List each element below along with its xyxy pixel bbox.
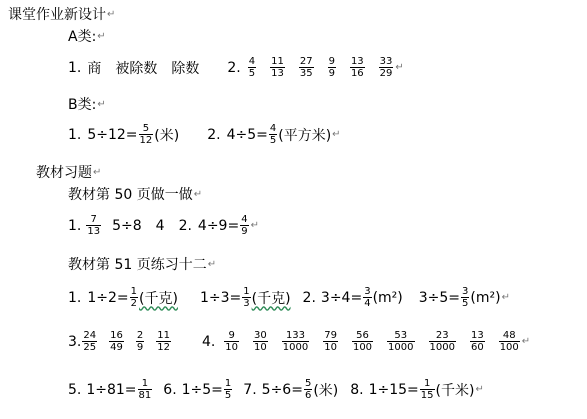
fraction: 15 (224, 378, 232, 401)
paragraph-mark-icon: ↵ (502, 292, 510, 303)
page50-title-line: 教材第 50 页做一做 ↵ (68, 184, 202, 204)
fraction: 231000 (429, 330, 456, 353)
question-number: 2. (303, 290, 316, 306)
fraction: 181 (138, 378, 153, 401)
doc-title: 课堂作业新设计 (8, 4, 106, 24)
fraction: 531000 (387, 330, 414, 353)
fraction: 56100 (352, 330, 373, 353)
expression: 4÷9= (198, 218, 239, 234)
fraction: 45 (248, 56, 256, 79)
fraction: 45 (269, 123, 277, 146)
expression: 5÷6= (262, 382, 303, 398)
expression: 1÷2= (87, 290, 128, 306)
fraction: 48100 (499, 330, 520, 353)
unit: (千克) (139, 288, 178, 308)
fraction: 512 (139, 123, 154, 146)
textbook-heading-line: 教材习题 ↵ (36, 162, 101, 182)
answer-text: 4 (156, 218, 165, 234)
paragraph-mark-icon: ↵ (522, 336, 530, 347)
question-number: 2. (207, 127, 220, 143)
section-a-label: A类: (68, 26, 96, 46)
fraction: 2425 (82, 330, 97, 353)
question-number: 5. (68, 382, 81, 398)
answer-text: 被除数 (115, 58, 157, 78)
paragraph-mark-icon: ↵ (194, 189, 202, 200)
fraction: 12 (130, 286, 138, 309)
expression: 1÷81= (86, 382, 136, 398)
expression: 3÷4= (321, 290, 362, 306)
page51-row2: 3. 2425 1649 29 1112 4. 910 3010 1331000… (68, 330, 530, 353)
expression: 3÷5= (419, 290, 460, 306)
page51-title-line: 教材第 51 页练习十二 ↵ (68, 254, 216, 274)
question-number: 8. (350, 382, 363, 398)
expression: 5÷12= (87, 127, 137, 143)
fraction: 99 (328, 56, 336, 79)
paragraph-mark-icon: ↵ (251, 220, 259, 231)
question-number: 1. (68, 290, 81, 306)
question-number: 1. (68, 218, 81, 234)
paragraph-mark-icon: ↵ (107, 9, 115, 20)
textbook-heading: 教材习题 (36, 162, 92, 182)
fraction: 7910 (323, 330, 338, 353)
unit: (千米) (436, 380, 475, 400)
fraction: 115 (420, 378, 435, 401)
question-number: 1. (68, 127, 81, 143)
paragraph-mark-icon: ↵ (395, 62, 403, 73)
unit: (平方米) (278, 125, 331, 145)
page50-title: 教材第 50 页做一做 (68, 184, 193, 204)
unit: (米) (154, 125, 179, 145)
fraction: 35 (461, 286, 469, 309)
unit: (千克) (252, 288, 291, 308)
fraction: 1112 (156, 330, 171, 353)
page51-row3: 5. 1÷81= 181 6. 1÷5= 15 7. 5÷6= 56 (米) 8… (68, 378, 484, 401)
fraction: 3010 (253, 330, 268, 353)
question-number: 4. (202, 334, 215, 350)
fraction: 1331000 (282, 330, 309, 353)
paragraph-mark-icon: ↵ (97, 31, 105, 42)
unit: (m²) (470, 290, 500, 306)
answer-text: 商 (87, 58, 101, 78)
doc-title-line: 课堂作业新设计 ↵ (8, 4, 115, 24)
expression: 1÷5= (182, 382, 223, 398)
expression: 5÷8 (112, 218, 142, 234)
fraction: 29 (136, 330, 144, 353)
page50-answers: 1. 713 5÷8 4 2. 4÷9= 49 ↵ (68, 214, 259, 237)
fraction: 2735 (299, 56, 314, 79)
paragraph-mark-icon: ↵ (97, 99, 105, 110)
paragraph-mark-icon: ↵ (332, 129, 340, 140)
paragraph-mark-icon: ↵ (475, 384, 483, 395)
unit: (m²) (373, 290, 403, 306)
fraction: 34 (363, 286, 371, 309)
expression: 1÷3= (200, 290, 241, 306)
expression: 4÷5= (227, 127, 268, 143)
page51-title: 教材第 51 页练习十二 (68, 254, 207, 274)
section-a-label-line: A类: ↵ (68, 26, 106, 46)
section-b-answers: 1. 5÷12= 512 (米) 2. 4÷5= 45 (平方米) ↵ (68, 123, 341, 146)
page51-row1: 1. 1÷2= 12 (千克) 1÷3= 13 (千克) 2. 3÷4= 34 … (68, 286, 510, 309)
paragraph-mark-icon: ↵ (208, 259, 216, 270)
question-number: 6. (163, 382, 176, 398)
fraction: 13 (242, 286, 250, 309)
question-number: 2. (179, 218, 192, 234)
expression: 1÷15= (369, 382, 419, 398)
unit: (米) (313, 380, 338, 400)
fraction: 1316 (350, 56, 365, 79)
answer-text: 除数 (171, 58, 199, 78)
paragraph-mark-icon: ↵ (93, 167, 101, 178)
fraction: 1113 (270, 56, 285, 79)
fraction: 3329 (379, 56, 394, 79)
section-b-label-line: B类: ↵ (68, 94, 106, 114)
fraction: 49 (240, 214, 248, 237)
question-number: 3. (68, 334, 81, 350)
fraction: 1649 (109, 330, 124, 353)
section-a-answers: 1. 商 被除数 除数 2. 45 1113 2735 99 1316 3329… (68, 56, 404, 79)
question-number: 2. (227, 60, 240, 76)
section-b-label: B类: (68, 94, 96, 114)
fraction: 910 (224, 330, 239, 353)
fraction: 56 (304, 378, 312, 401)
fraction: 713 (86, 214, 101, 237)
question-number: 7. (243, 382, 256, 398)
fraction: 1360 (470, 330, 485, 353)
question-number: 1. (68, 60, 81, 76)
